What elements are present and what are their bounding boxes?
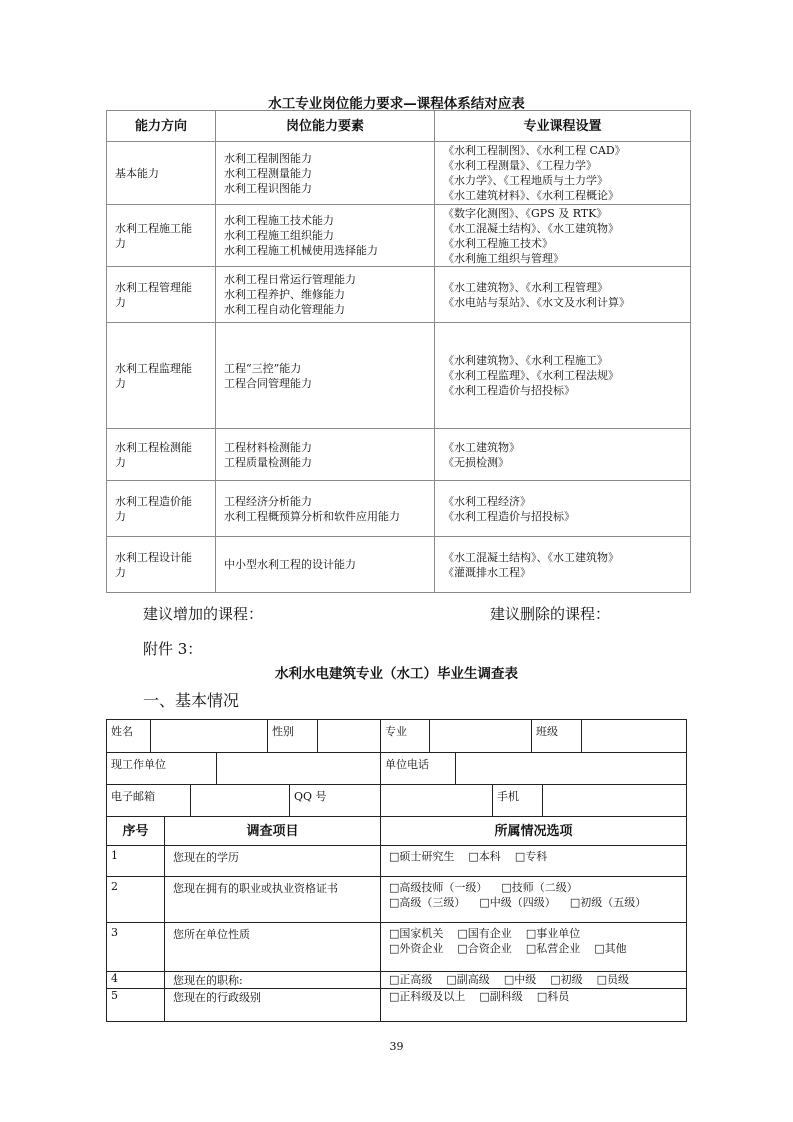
checkbox-option[interactable]: □高级（三级）	[389, 895, 465, 910]
cell-line: 水利工程施工组织能力	[224, 228, 426, 243]
courses-cell: 《水工建筑物》、《水利工程管理》《水电站与泵站》、《水文及水利计算》	[435, 267, 691, 323]
table-row: 水利工程施工能力水利工程施工技术能力水利工程施工组织能力水利工程施工机械使用选择…	[107, 205, 691, 267]
elements-cell: 水利工程日常运行管理能力水利工程养护、维修能力水利工程自动化管理能力	[216, 267, 435, 323]
attachment-label: 附件 3：	[143, 638, 202, 659]
header-question: 调查项目	[164, 817, 380, 845]
cell-line: 工程合同管理能力	[224, 376, 426, 391]
elements-cell: 水利工程施工技术能力水利工程施工组织能力水利工程施工机械使用选择能力	[216, 205, 435, 267]
cell-line: 《水利工程经济》	[443, 494, 682, 509]
cell-line: 《水工建筑物》、《水利工程管理》	[443, 280, 682, 295]
cell-line: 《灌溉排水工程》	[443, 565, 682, 580]
survey-row: 3您所在单位性质□国家机关□国有企业□事业单位□外资企业□合资企业□私营企业□其…	[107, 923, 686, 972]
survey-row: 1您现在的学历□硕士研究生□本科□专科	[107, 846, 686, 877]
checkbox-option[interactable]: □初级	[550, 972, 582, 987]
major-field[interactable]	[429, 720, 531, 752]
item-question: 您现在的学历	[164, 846, 380, 876]
gender-field[interactable]	[317, 720, 380, 752]
employer-phone-label: 单位电话	[380, 753, 455, 784]
courses-cell: 《水利工程制图》、《水利工程 CAD》《水利工程测量》、《工程力学》《水力学》、…	[435, 142, 691, 205]
cell-line: 工程“三控”能力	[224, 361, 426, 376]
mobile-field[interactable]	[542, 785, 686, 816]
class-field[interactable]	[581, 720, 686, 752]
checkbox-option[interactable]: □专科	[515, 849, 547, 864]
options-line: □硕士研究生□本科□专科	[389, 849, 682, 864]
direction-cell: 水利工程造价能力	[107, 481, 216, 537]
options-line: □高级（三级）□中级（四级）□初级（五级）	[389, 895, 682, 910]
item-no: 3	[107, 923, 164, 971]
elements-cell: 水利工程制图能力水利工程测量能力水利工程识图能力	[216, 142, 435, 205]
name-label: 姓名	[107, 720, 150, 752]
item-options: □正科级及以上□副科级□科员	[380, 989, 686, 1021]
item-options: □硕士研究生□本科□专科	[380, 846, 686, 876]
direction-cell: 水利工程施工能力	[107, 205, 216, 267]
cell-line: 水利工程制图能力	[224, 151, 426, 166]
item-question: 您现在的行政级别	[164, 989, 380, 1021]
cell-line: 《水工建筑材料》、《水利工程概论》	[443, 188, 682, 203]
basic-row-1: 姓名 性别 专业 班级	[107, 720, 686, 753]
competency-course-table: 能力方向 岗位能力要素 专业课程设置 基本能力水利工程制图能力水利工程测量能力水…	[106, 110, 691, 593]
cell-line: 《水利建筑物》、《水利工程施工》	[443, 353, 682, 368]
checkbox-option[interactable]: □技师（二级）	[501, 880, 577, 895]
courses-cell: 《水工混凝土结构》、《水工建筑物》《灌溉排水工程》	[435, 537, 691, 593]
graduate-survey-form: 姓名 性别 专业 班级 现工作单位 单位电话 电子邮箱 QQ 号 手机 序号 调…	[106, 719, 687, 1022]
cell-line: 水利工程日常运行管理能力	[224, 272, 426, 287]
qq-label: QQ 号	[289, 785, 380, 816]
page-number: 39	[0, 1040, 793, 1053]
options-line: □国家机关□国有企业□事业单位	[389, 926, 682, 941]
section-heading: 一、基本情况	[143, 688, 239, 711]
cell-line: 水利工程测量能力	[224, 166, 426, 181]
direction-cell: 水利工程设计能力	[107, 537, 216, 593]
checkbox-option[interactable]: □事业单位	[526, 926, 580, 941]
table-row: 水利工程监理能力工程“三控”能力工程合同管理能力《水利建筑物》、《水利工程施工》…	[107, 323, 691, 429]
table-row: 水利工程设计能力中小型水利工程的设计能力《水工混凝土结构》、《水工建筑物》《灌溉…	[107, 537, 691, 593]
cell-line: 《水利工程制图》、《水利工程 CAD》	[443, 143, 682, 158]
table-row: 水利工程造价能力工程经济分析能力水利工程概预算分析和软件应用能力《水利工程经济》…	[107, 481, 691, 537]
cell-line: 水利工程设计能	[115, 550, 207, 565]
cell-line: 《水利工程测量》、《工程力学》	[443, 158, 682, 173]
checkbox-option[interactable]: □员级	[597, 972, 629, 987]
checkbox-option[interactable]: □私营企业	[526, 941, 580, 956]
header-no: 序号	[107, 817, 164, 845]
gender-label: 性别	[267, 720, 317, 752]
cell-line: 力	[115, 236, 207, 251]
item-question: 您现在的职称:	[164, 972, 380, 988]
direction-cell: 基本能力	[107, 142, 216, 205]
cell-line: 《水力学》、《工程地质与土力学》	[443, 173, 682, 188]
cell-line: 《水利工程造价与招投标》	[443, 509, 682, 524]
table-row: 水利工程管理能力水利工程日常运行管理能力水利工程养护、维修能力水利工程自动化管理…	[107, 267, 691, 323]
item-options: □国家机关□国有企业□事业单位□外资企业□合资企业□私营企业□其他	[380, 923, 686, 971]
cell-line: 《水工建筑物》	[443, 440, 682, 455]
cell-line: 《水利工程监理》、《水利工程法规》	[443, 368, 682, 383]
cell-line: 《数字化测图》、《GPS 及 RTK》	[443, 206, 682, 221]
item-no: 2	[107, 877, 164, 922]
checkbox-option[interactable]: □国有企业	[457, 926, 511, 941]
item-question: 您现在拥有的职业或执业资格证书	[164, 877, 380, 922]
courses-cell: 《水工建筑物》《无损检测》	[435, 429, 691, 481]
cell-line: 水利工程概预算分析和软件应用能力	[224, 509, 426, 524]
checkbox-option[interactable]: □合资企业	[457, 941, 511, 956]
qq-field[interactable]	[380, 785, 492, 816]
survey-header-row: 序号 调查项目 所属情况选项	[107, 817, 686, 846]
direction-cell: 水利工程管理能力	[107, 267, 216, 323]
cell-line: 《水工混凝土结构》、《水工建筑物》	[443, 221, 682, 236]
cell-line: 水利工程施工能	[115, 221, 207, 236]
cell-line: 水利工程管理能	[115, 280, 207, 295]
survey-row: 5您现在的行政级别□正科级及以上□副科级□科员	[107, 989, 686, 1021]
item-no: 5	[107, 989, 164, 1021]
suggest-add-label: 建议增加的课程：	[143, 603, 263, 624]
survey-row: 2您现在拥有的职业或执业资格证书□高级技师（一级）□技师（二级）□高级（三级）□…	[107, 877, 686, 923]
cell-line: 工程材料检测能力	[224, 440, 426, 455]
survey-title: 水利水电建筑专业（水工）毕业生调查表	[0, 662, 793, 682]
checkbox-option[interactable]: □其他	[594, 941, 626, 956]
cell-line: 水利工程造价能	[115, 494, 207, 509]
cell-line: 《水工混凝土结构》、《水工建筑物》	[443, 550, 682, 565]
cell-line: 工程质量检测能力	[224, 455, 426, 470]
basic-row-3: 电子邮箱 QQ 号 手机	[107, 785, 686, 817]
employer-field[interactable]	[216, 753, 380, 784]
name-field[interactable]	[150, 720, 267, 752]
cell-line: 水利工程检测能	[115, 440, 207, 455]
major-label: 专业	[380, 720, 429, 752]
checkbox-option[interactable]: □外资企业	[389, 941, 443, 956]
checkbox-option[interactable]: □副科级	[479, 989, 522, 1004]
checkbox-option[interactable]: □硕士研究生	[389, 849, 454, 864]
table-header-row: 能力方向 岗位能力要素 专业课程设置	[107, 111, 691, 142]
cell-line: 力	[115, 295, 207, 310]
item-options: □高级技师（一级）□技师（二级）□高级（三级）□中级（四级）□初级（五级）	[380, 877, 686, 922]
basic-row-2: 现工作单位 单位电话	[107, 753, 686, 785]
checkbox-option[interactable]: □正高级	[389, 972, 432, 987]
employer-label: 现工作单位	[107, 753, 216, 784]
header-options: 所属情况选项	[380, 817, 686, 845]
cell-line: 中小型水利工程的设计能力	[224, 557, 426, 572]
header-direction: 能力方向	[107, 111, 216, 142]
cell-line: 水利工程自动化管理能力	[224, 302, 426, 317]
options-line: □外资企业□合资企业□私营企业□其他	[389, 941, 682, 956]
checkbox-option[interactable]: □高级技师（一级）	[389, 880, 487, 895]
cell-line: 基本能力	[115, 166, 207, 181]
checkbox-option[interactable]: □中级	[504, 972, 536, 987]
email-label: 电子邮箱	[107, 785, 190, 816]
courses-cell: 《水利建筑物》、《水利工程施工》《水利工程监理》、《水利工程法规》《水利工程造价…	[435, 323, 691, 429]
cell-line: 《水利工程造价与招投标》	[443, 383, 682, 398]
header-elements: 岗位能力要素	[216, 111, 435, 142]
item-options: □正高级□副高级□中级□初级□员级	[380, 972, 686, 988]
survey-row: 4您现在的职称:□正高级□副高级□中级□初级□员级	[107, 972, 686, 989]
cell-line: 力	[115, 509, 207, 524]
checkbox-option[interactable]: □国家机关	[389, 926, 443, 941]
suggest-remove-label: 建议删除的课程：	[490, 603, 610, 624]
cell-line: 《水电站与泵站》、《水文及水利计算》	[443, 295, 682, 310]
cell-line: 《水利工程施工技术》	[443, 236, 682, 251]
header-courses: 专业课程设置	[435, 111, 691, 142]
elements-cell: 工程材料检测能力工程质量检测能力	[216, 429, 435, 481]
options-line: □正高级□副高级□中级□初级□员级	[389, 972, 682, 987]
cell-line: 力	[115, 455, 207, 470]
elements-cell: 工程“三控”能力工程合同管理能力	[216, 323, 435, 429]
direction-cell: 水利工程监理能力	[107, 323, 216, 429]
courses-cell: 《数字化测图》、《GPS 及 RTK》《水工混凝土结构》、《水工建筑物》《水利工…	[435, 205, 691, 267]
cell-line: 水利工程施工技术能力	[224, 213, 426, 228]
elements-cell: 中小型水利工程的设计能力	[216, 537, 435, 593]
cell-line: 水利工程监理能	[115, 361, 207, 376]
cell-line: 水利工程施工机械使用选择能力	[224, 243, 426, 258]
elements-cell: 工程经济分析能力水利工程概预算分析和软件应用能力	[216, 481, 435, 537]
checkbox-option[interactable]: □副高级	[446, 972, 489, 987]
options-line: □正科级及以上□副科级□科员	[389, 989, 682, 1004]
direction-cell: 水利工程检测能力	[107, 429, 216, 481]
checkbox-option[interactable]: □科员	[537, 989, 569, 1004]
cell-line: 力	[115, 565, 207, 580]
cell-line: 工程经济分析能力	[224, 494, 426, 509]
item-no: 1	[107, 846, 164, 876]
options-line: □高级技师（一级）□技师（二级）	[389, 880, 682, 895]
checkbox-option[interactable]: □初级（五级）	[570, 895, 646, 910]
employer-phone-field[interactable]	[455, 753, 686, 784]
checkbox-option[interactable]: □中级（四级）	[479, 895, 555, 910]
cell-line: 力	[115, 376, 207, 391]
cell-line: 《无损检测》	[443, 455, 682, 470]
item-question: 您所在单位性质	[164, 923, 380, 971]
cell-line: 《水利施工组织与管理》	[443, 251, 682, 266]
email-field[interactable]	[190, 785, 289, 816]
table-row: 基本能力水利工程制图能力水利工程测量能力水利工程识图能力《水利工程制图》、《水利…	[107, 142, 691, 205]
mobile-label: 手机	[492, 785, 542, 816]
courses-cell: 《水利工程经济》《水利工程造价与招投标》	[435, 481, 691, 537]
table-row: 水利工程检测能力工程材料检测能力工程质量检测能力《水工建筑物》《无损检测》	[107, 429, 691, 481]
class-label: 班级	[531, 720, 581, 752]
cell-line: 水利工程识图能力	[224, 181, 426, 196]
item-no: 4	[107, 972, 164, 988]
table1-title: 水工专业岗位能力要求—课程体系结对应表	[0, 92, 793, 112]
checkbox-option[interactable]: □本科	[468, 849, 500, 864]
checkbox-option[interactable]: □正科级及以上	[389, 989, 465, 1004]
cell-line: 水利工程养护、维修能力	[224, 287, 426, 302]
